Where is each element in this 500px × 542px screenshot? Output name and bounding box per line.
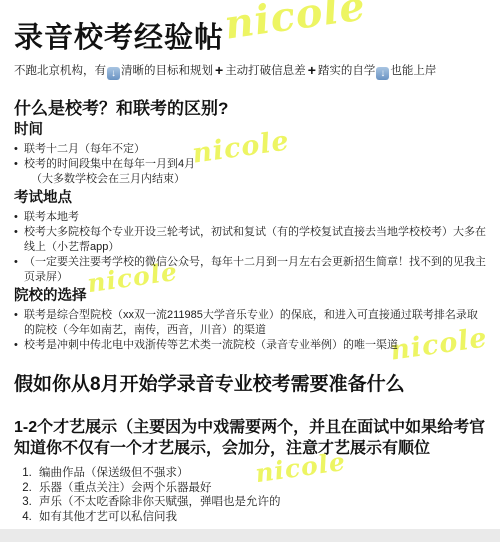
- subtitle-text: 主动打破信息差: [225, 65, 306, 77]
- subtitle-text: 清晰的目标和规划: [121, 65, 213, 77]
- list-item: 联考是综合型院校（xx双一流211985大学音乐专业）的保底，和进入可直接通过联…: [14, 308, 486, 338]
- note-content: 录音校考经验帖 不跑北京机构，有↓清晰的目标和规划+主动打破信息差+踏实的自学↓…: [0, 0, 500, 524]
- list-item: 校考的时间段集中在每年一月到4月: [14, 157, 486, 172]
- list-item: 如有其他才艺可以私信问我: [35, 510, 486, 525]
- subsection-heading-location: 考试地点: [14, 190, 486, 207]
- subtitle-text: 也能上岸: [390, 65, 436, 77]
- list-item: 校考是冲刺中传北电中戏浙传等艺术类一流院校（录音专业举例）的唯一渠道: [14, 338, 486, 353]
- down-arrow-emoji: ↓: [376, 67, 389, 80]
- subtitle: 不跑北京机构，有↓清晰的目标和规划+主动打破信息差+踏实的自学↓也能上岸: [14, 63, 486, 80]
- subsection-heading-school-choice: 院校的选择: [14, 288, 486, 305]
- heavy-plus-icon: +: [213, 62, 225, 78]
- down-arrow-emoji: ↓: [107, 67, 120, 80]
- list-item: 乐器（重点关注）会两个乐器最好: [35, 481, 486, 496]
- list-item: 联考本地考: [14, 210, 486, 225]
- list-item: 联考十二月（每年不定）: [14, 142, 486, 157]
- talent-numbered-list: 编曲作品（保送级但不强求） 乐器（重点关注）会两个乐器最好 声乐（不太吃香除非你…: [18, 466, 486, 524]
- section-heading-preparation: 假如你从8月开始学录音专业校考需要准备什么: [14, 374, 486, 396]
- talent-lead-paragraph: 1-2个才艺展示（主要因为中戏需要两个，并且在面试中如果给考官知道你不仅有一个才…: [14, 417, 486, 459]
- list-item: （一定要关注要考学校的微信公众号，每年十二月到一月左右会更新招生简章！找不到的见…: [14, 255, 486, 285]
- page-title: 录音校考经验帖: [14, 22, 486, 54]
- subtitle-text: 踏实的自学: [318, 65, 376, 77]
- section-heading-difference: 什么是校考？和联考的区别?: [14, 99, 486, 119]
- heavy-plus-icon: +: [306, 62, 318, 78]
- list-item: 校考大多院校每个专业开设三轮考试，初试和复试（有的学校复试直接去当地学校校考）大…: [14, 225, 486, 255]
- note-page: nicole nicole nicole nicole nicole 录音校考经…: [0, 0, 500, 542]
- list-item: 编曲作品（保送级但不强求）: [35, 466, 486, 481]
- list-item: 声乐（不太吃香除非你天赋强，弹唱也是允许的: [35, 495, 486, 510]
- subtitle-text: 不跑北京机构，有: [14, 65, 106, 77]
- bottom-divider-bar: [0, 529, 500, 542]
- time-bullet-list: 联考十二月（每年不定） 校考的时间段集中在每年一月到4月: [14, 142, 486, 172]
- location-bullet-list: 联考本地考 校考大多院校每个专业开设三轮考试，初试和复试（有的学校复试直接去当地…: [14, 210, 486, 285]
- time-note: （大多数学校会在三月内结束）: [14, 172, 486, 187]
- subsection-heading-time: 时间: [14, 122, 486, 139]
- school-choice-bullet-list: 联考是综合型院校（xx双一流211985大学音乐专业）的保底，和进入可直接通过联…: [14, 308, 486, 353]
